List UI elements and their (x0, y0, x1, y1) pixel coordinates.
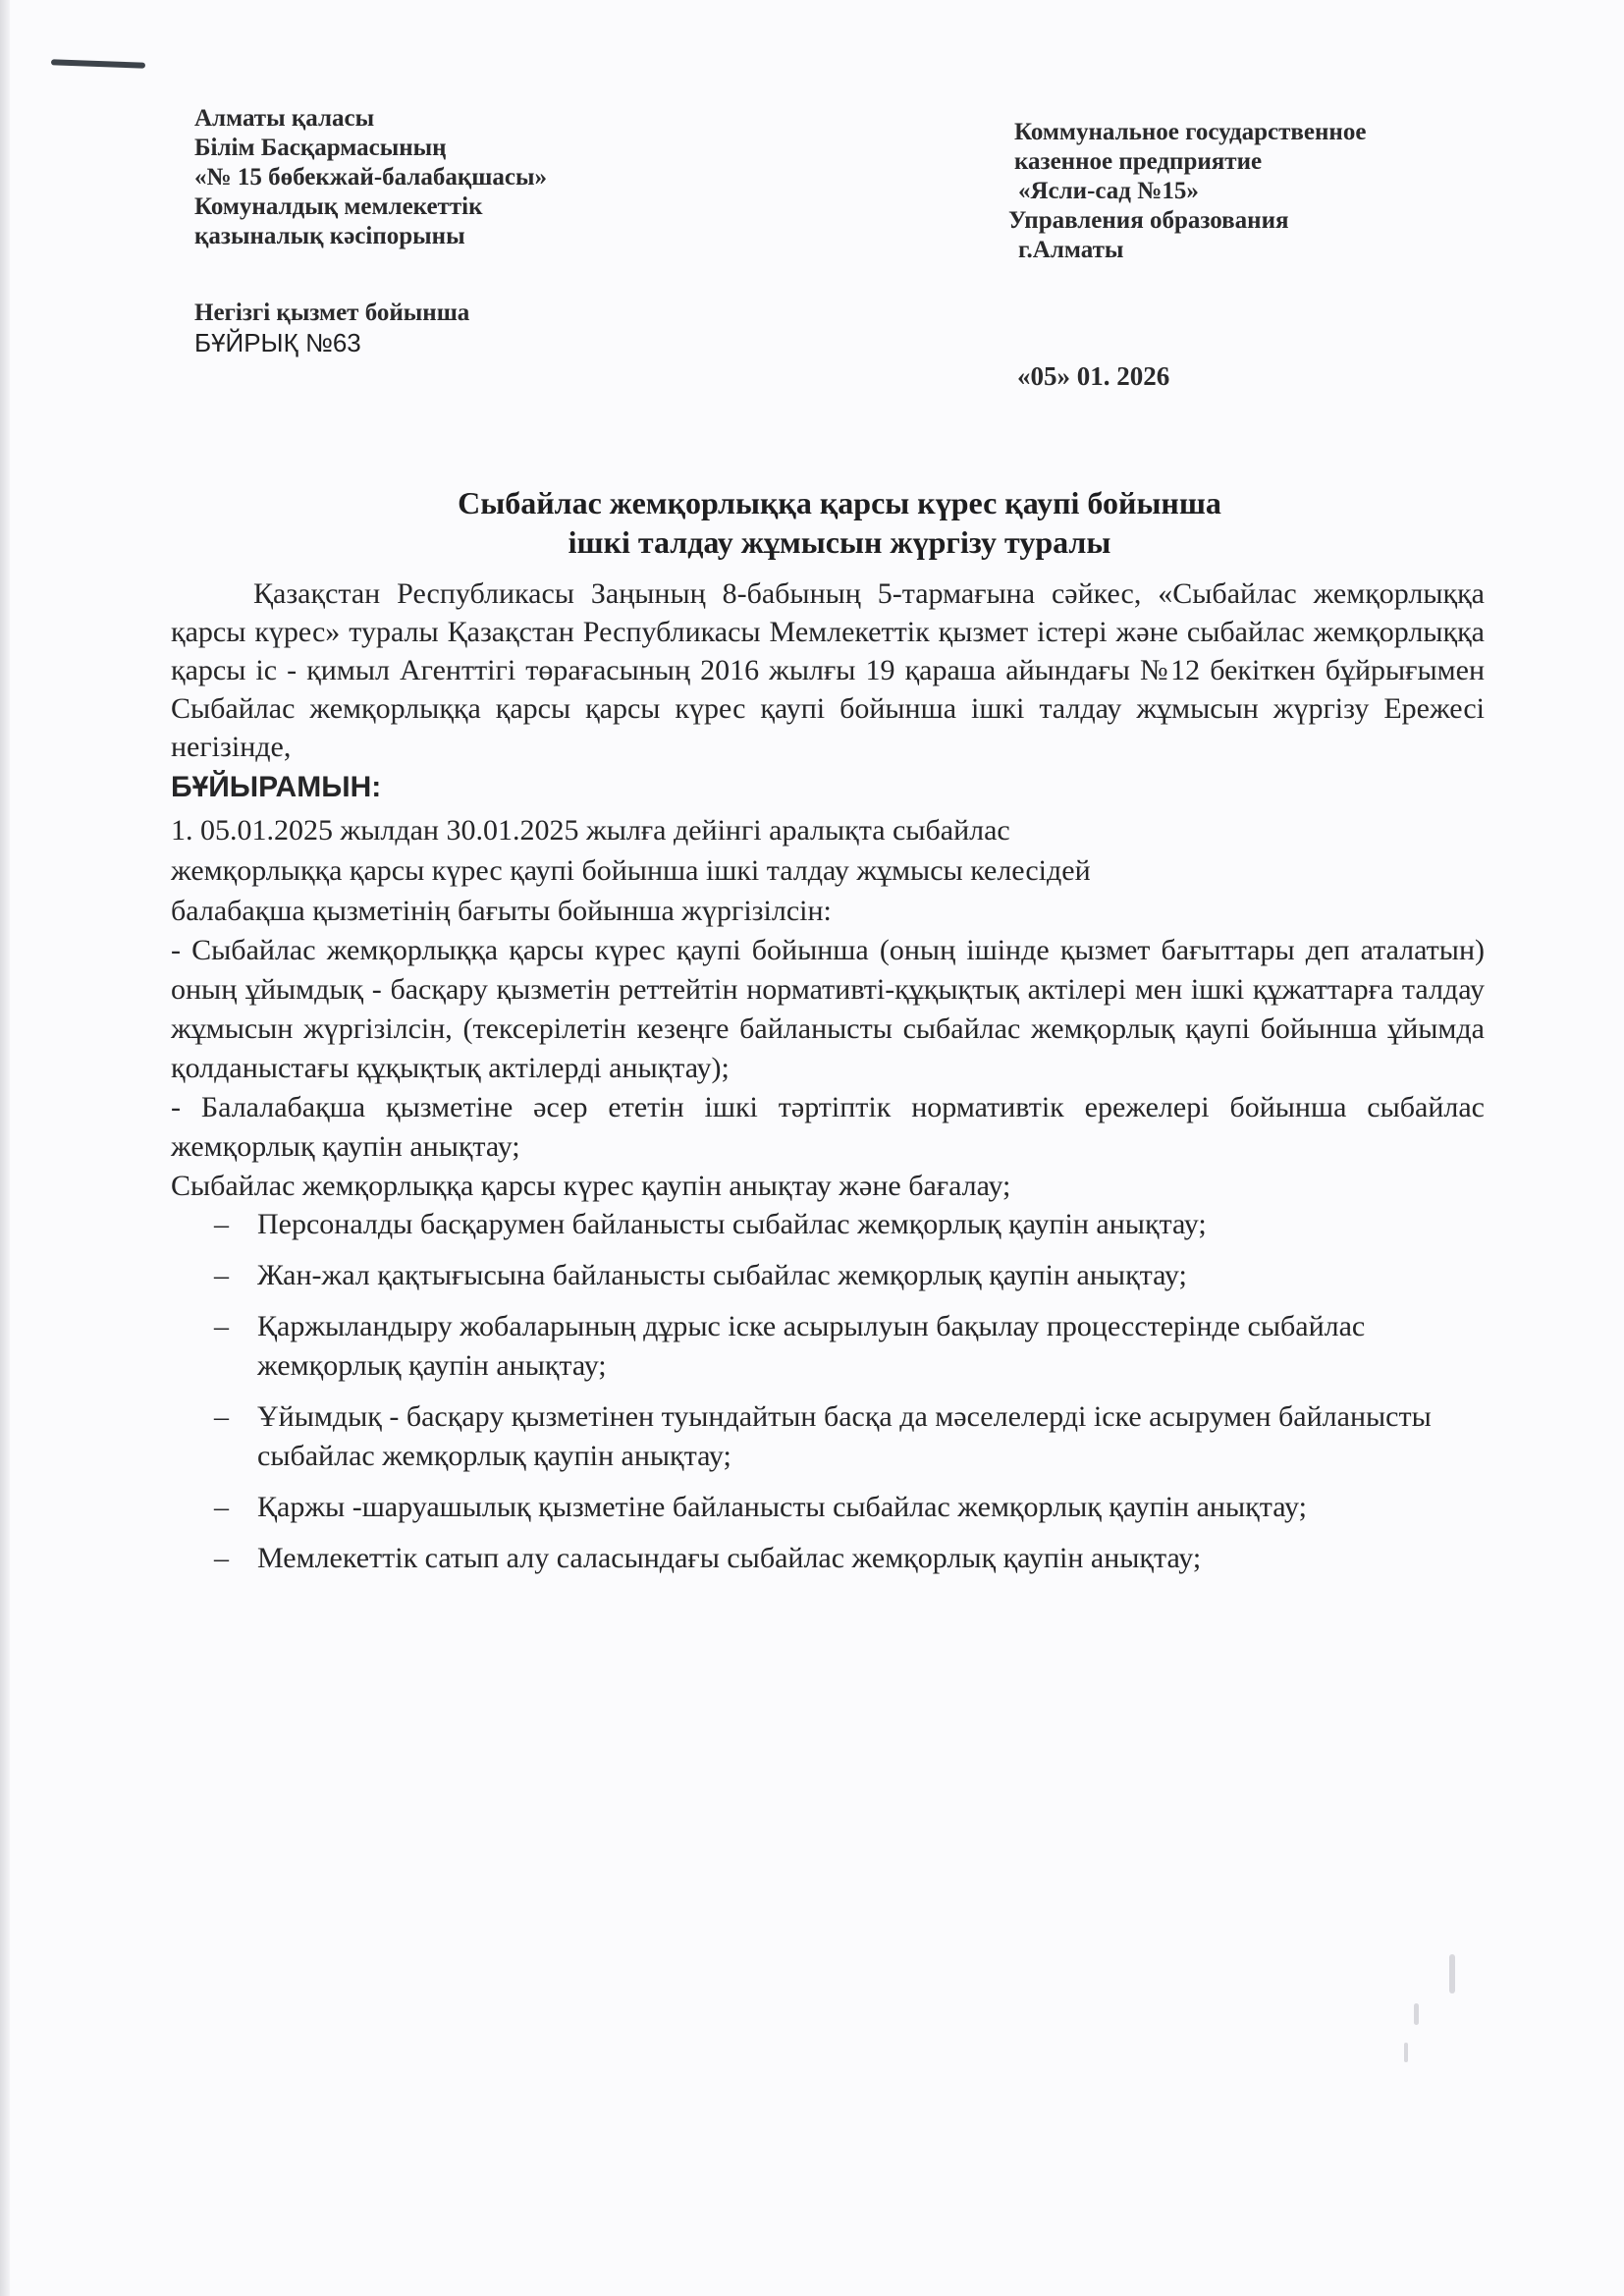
order-item-1: 1. 05.01.2025 жылдан 30.01.2025 жылға де… (171, 810, 1485, 931)
item-line: жемқорлыққа қарсы күрес қаупі бойынша іш… (171, 850, 1485, 891)
document-body: Қазақстан Республикасы Заңының 8-бабының… (171, 574, 1485, 1590)
org-line: Управления образования (1008, 206, 1366, 236)
risk-intro: Сыбайлас жемқорлыққа қарсы күрес қаупін … (171, 1167, 1485, 1205)
list-item: –Жан-жал қақтығысына байланысты сыбайлас… (214, 1256, 1485, 1295)
dash-paragraph: - Балалабақша қызметіне әсер ететін ішкі… (171, 1088, 1485, 1167)
header-left-kazakh: Алматы қаласы Білім Басқармасының «№ 15 … (194, 104, 547, 357)
scan-artifact (1449, 1954, 1455, 1994)
order-date: «05» 01. 2026 (1017, 361, 1169, 392)
list-item: –Ұйымдық - басқару қызметінен туындайтын… (214, 1397, 1485, 1476)
org-line: г.Алматы (1008, 236, 1366, 265)
order-number: БҰЙРЫҚ №63 (194, 328, 547, 357)
org-line: «Ясли-сад №15» (1014, 177, 1366, 206)
dash-bullet-icon: – (214, 1307, 229, 1346)
preamble-paragraph: Қазақстан Республикасы Заңының 8-бабының… (171, 574, 1485, 766)
risk-list: –Персоналды басқарумен байланысты сыбайл… (171, 1205, 1485, 1578)
list-item: –Қаржы -шаруашылық қызметіне байланысты … (214, 1488, 1485, 1527)
scan-artifact (1404, 2043, 1408, 2062)
org-line: Білім Басқармасының (194, 134, 547, 163)
header-right-russian: Коммунальное государственное казенное пр… (1014, 118, 1366, 265)
org-line: Алматы қаласы (194, 104, 547, 134)
document-title: Сыбайлас жемқорлыққа қарсы күрес қаупі б… (324, 483, 1355, 562)
dash-bullet-icon: – (214, 1539, 229, 1578)
scan-edge (0, 0, 10, 2296)
item-line: 1. 05.01.2025 жылдан 30.01.2025 жылға де… (171, 810, 1485, 850)
activity-label: Негізгі қызмет бойынша (194, 299, 547, 328)
dash-bullet-icon: – (214, 1256, 229, 1295)
staple-mark (51, 59, 145, 68)
org-line: қазыналық кәсіпорыны (194, 222, 547, 251)
org-line: Коммунальное государственное (1014, 118, 1366, 147)
list-item: –Персоналды басқарумен байланысты сыбайл… (214, 1205, 1485, 1244)
org-line: казенное предприятие (1014, 147, 1366, 177)
dash-bullet-icon: – (214, 1397, 229, 1437)
dash-bullet-icon: – (214, 1488, 229, 1527)
org-line: «№ 15 бөбекжай-балабақшасы» (194, 163, 547, 192)
list-item: –Қаржыландыру жобаларының дұрыс іске асы… (214, 1307, 1485, 1386)
decree-heading: БҰЙЫРАМЫН: (171, 768, 1485, 806)
title-line: ішкі талдау жұмысын жүргізу туралы (324, 522, 1355, 562)
title-line: Сыбайлас жемқорлыққа қарсы күрес қаупі б… (324, 483, 1355, 522)
dash-paragraph: - Сыбайлас жемқорлыққа қарсы күрес қаупі… (171, 931, 1485, 1088)
dash-bullet-icon: – (214, 1205, 229, 1244)
list-item: –Мемлекеттік сатып алу саласындағы сыбай… (214, 1539, 1485, 1578)
org-line: Комуналдық мемлекеттік (194, 192, 547, 222)
scan-artifact (1414, 2003, 1419, 2025)
item-line: балабақша қызметінің бағыты бойынша жүрг… (171, 891, 1485, 931)
